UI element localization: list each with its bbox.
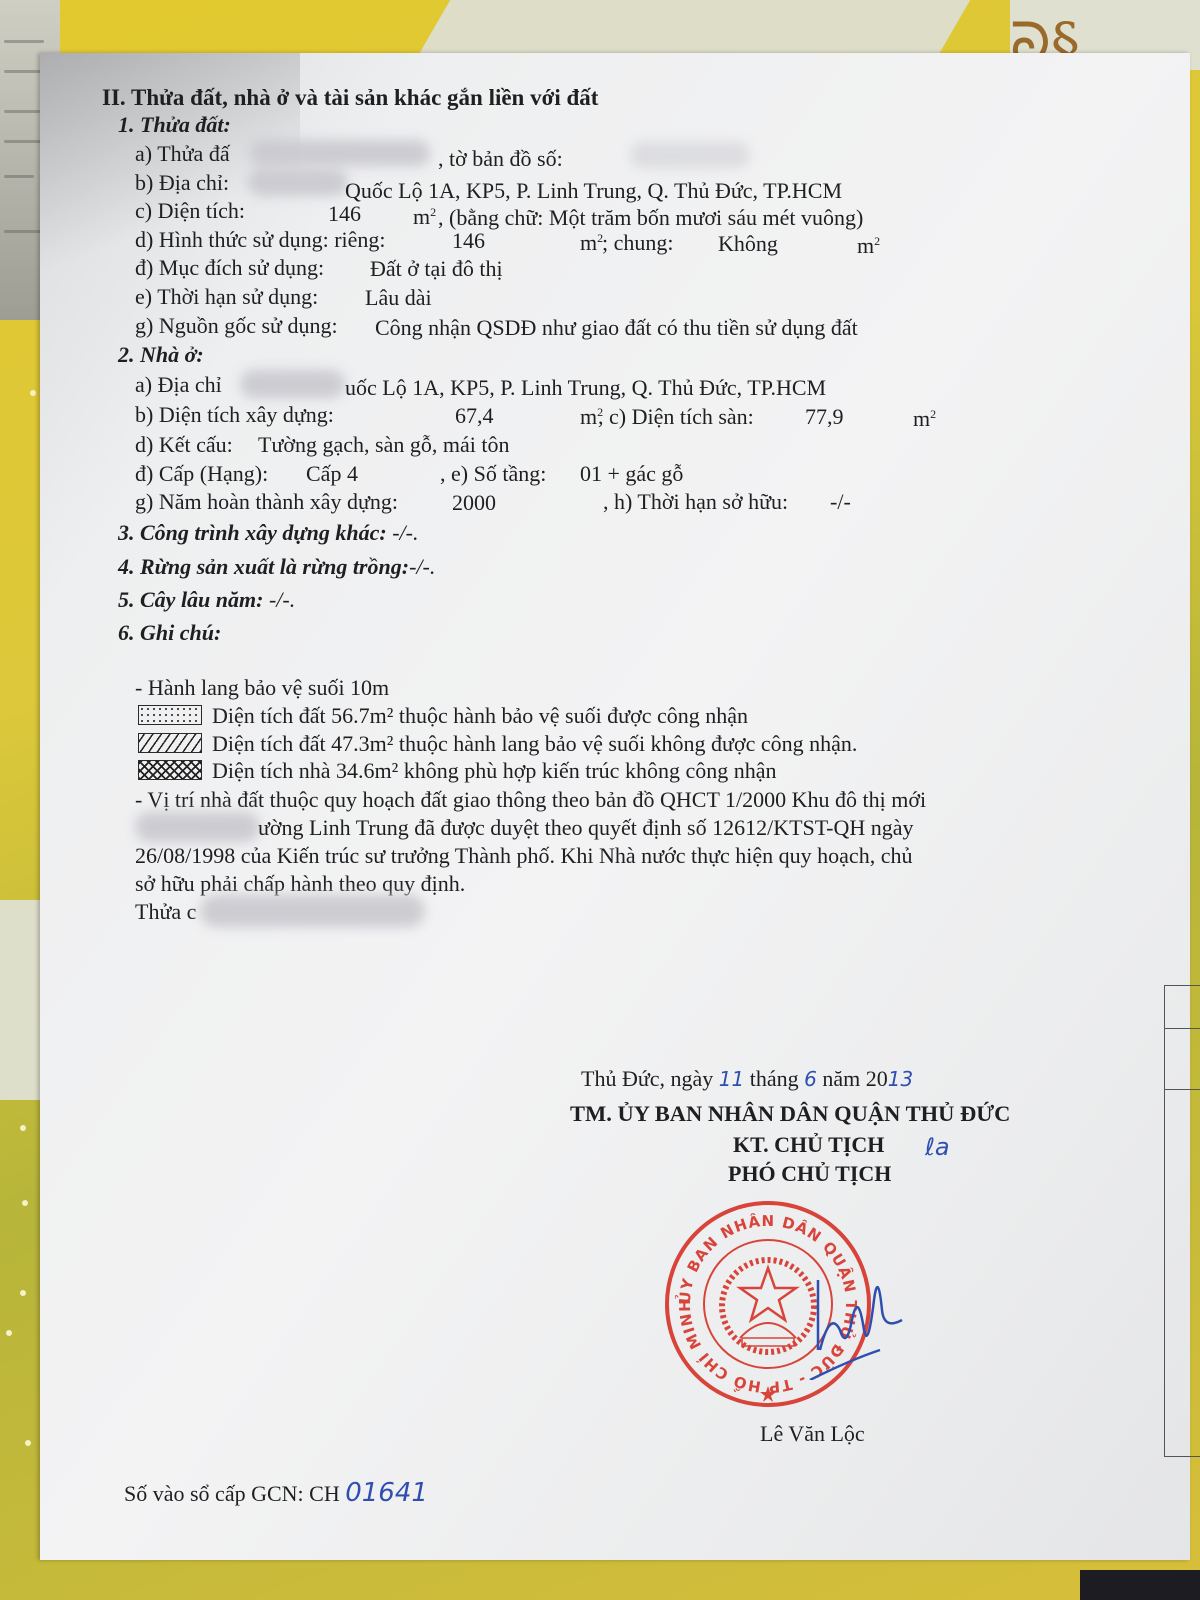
- land-b-label: b) Địa chỉ:: [135, 172, 229, 194]
- authority: TM. ỦY BAN NHÂN DÂN QUẬN THỦ ĐỨC: [570, 1103, 1010, 1126]
- redacted-area: [240, 370, 345, 398]
- land-a-suffix: , tờ bản đồ số:: [438, 148, 563, 170]
- house-heading: 2. Nhà ở:: [118, 344, 204, 366]
- handwritten-initial: ℓa: [925, 1135, 950, 1159]
- redacted-area: [250, 140, 430, 166]
- house-b-value: 67,4: [455, 405, 494, 427]
- land-a-label: a) Thửa đấ: [135, 143, 230, 165]
- redacted-area: [135, 812, 260, 842]
- corridor-note: - Hành lang bảo vệ suối 10m: [135, 677, 389, 699]
- land-d-shared: Không: [718, 233, 778, 255]
- dark-edge: [1080, 1570, 1200, 1600]
- house-a-value: uốc Lộ 1A, KP5, P. Linh Trung, Q. Thủ Đứ…: [345, 377, 826, 399]
- planning-line: sở hữu phải chấp hành theo quy định.: [135, 873, 465, 895]
- planning-line: 26/08/1998 của Kiến trúc sư trưởng Thành…: [135, 845, 912, 867]
- place-date: Thủ Đức, ngày 11 tháng 6 năm 2013: [581, 1068, 913, 1090]
- legend-item: Diện tích đất 56.7m² thuộc hành bảo vệ s…: [212, 705, 748, 727]
- land-c-unit: m2: [413, 206, 436, 228]
- legend-item: Diện tích đất 47.3m² thuộc hành lang bảo…: [212, 733, 857, 755]
- signer-name: Lê Văn Lộc: [760, 1423, 865, 1445]
- land-c-value: 146: [328, 203, 361, 225]
- house-e-label: , e) Số tầng:: [440, 463, 546, 485]
- house-e-value: 01 + gác gỗ: [580, 463, 683, 485]
- surface-pattern: [0, 900, 40, 1100]
- role-secondary: PHÓ CHỦ TỊCH: [728, 1163, 891, 1185]
- land-dd-label: đ) Mục đích sử dụng:: [135, 257, 324, 279]
- land-e-label: e) Thời hạn sử dụng:: [135, 286, 318, 308]
- land-c-label: c) Diện tích:: [135, 200, 245, 222]
- role-primary: KT. CHỦ TỊCH: [733, 1134, 884, 1156]
- legend-item: Diện tích nhà 34.6m² không phù hợp kiến …: [212, 760, 776, 782]
- land-d-shared-label: ; chung:: [602, 232, 674, 254]
- notes-last-line: Thửa c: [135, 901, 196, 923]
- legend-crosshatch-pattern: [138, 760, 202, 780]
- house-b-label: b) Diện tích xây dựng:: [135, 404, 334, 426]
- redacted-area: [248, 168, 348, 196]
- right-margin-table: [1164, 985, 1200, 1457]
- notes-heading: 6. Ghi chú:: [118, 622, 221, 644]
- land-dd-value: Đất ở tại đô thị: [370, 258, 503, 280]
- land-heading: 1. Thửa đất:: [118, 114, 231, 136]
- house-g-label: g) Năm hoàn thành xây dựng:: [135, 491, 398, 513]
- house-dd-value: Cấp 4: [306, 463, 358, 485]
- land-d-private: 146: [452, 230, 485, 252]
- house-d-value: Tường gạch, sàn gỗ, mái tôn: [258, 434, 509, 456]
- land-g-label: g) Nguồn gốc sử dụng:: [135, 315, 338, 337]
- house-d-label: d) Kết cấu:: [135, 434, 233, 456]
- handwritten-signature: [800, 1270, 910, 1380]
- land-d-unit: m2: [580, 232, 603, 254]
- legend-dots-pattern: [138, 705, 202, 725]
- section-title: II. Thửa đất, nhà ở và tài sản khác gắn …: [102, 86, 598, 109]
- other-item-3: 3. Công trình xây dựng khác: -/-.: [118, 522, 418, 544]
- house-h-label: , h) Thời hạn sở hữu:: [603, 491, 788, 513]
- redacted-area: [200, 895, 425, 927]
- land-e-value: Lâu dài: [365, 287, 432, 309]
- house-g-value: 2000: [452, 492, 496, 514]
- land-b-value: Quốc Lộ 1A, KP5, P. Linh Trung, Q. Thủ Đ…: [345, 180, 842, 202]
- other-item-4: 4. Rừng sản xuất là rừng trồng:-/-.: [118, 556, 435, 578]
- house-c-unit: m2: [913, 408, 936, 430]
- legend-hatch-pattern: [138, 733, 202, 753]
- land-d-label: d) Hình thức sử dụng: riêng:: [135, 229, 386, 251]
- house-a-label: a) Địa chỉ: [135, 374, 222, 396]
- other-item-5: 5. Cây lâu năm: -/-.: [118, 589, 295, 611]
- registry-number: Số vào sổ cấp GCN: CH 01641: [124, 1480, 428, 1506]
- house-h-value: -/-: [830, 491, 851, 513]
- planning-line: - Vị trí nhà đất thuộc quy hoạch đất gia…: [135, 789, 926, 811]
- house-c-value: 77,9: [805, 406, 844, 428]
- land-g-value: Công nhận QSDĐ như giao đất có thu tiền …: [375, 317, 858, 339]
- land-d-shared-unit: m2: [857, 235, 880, 257]
- land-c-words: , (bằng chữ: Một trăm bốn mươi sáu mét v…: [438, 207, 863, 229]
- house-c-label: , c) Diện tích sàn:: [598, 406, 754, 428]
- redacted-area: [630, 142, 750, 168]
- house-dd-label: đ) Cấp (Hạng):: [135, 463, 268, 485]
- planning-line: ường Linh Trung đã được duyệt theo quyết…: [258, 817, 914, 839]
